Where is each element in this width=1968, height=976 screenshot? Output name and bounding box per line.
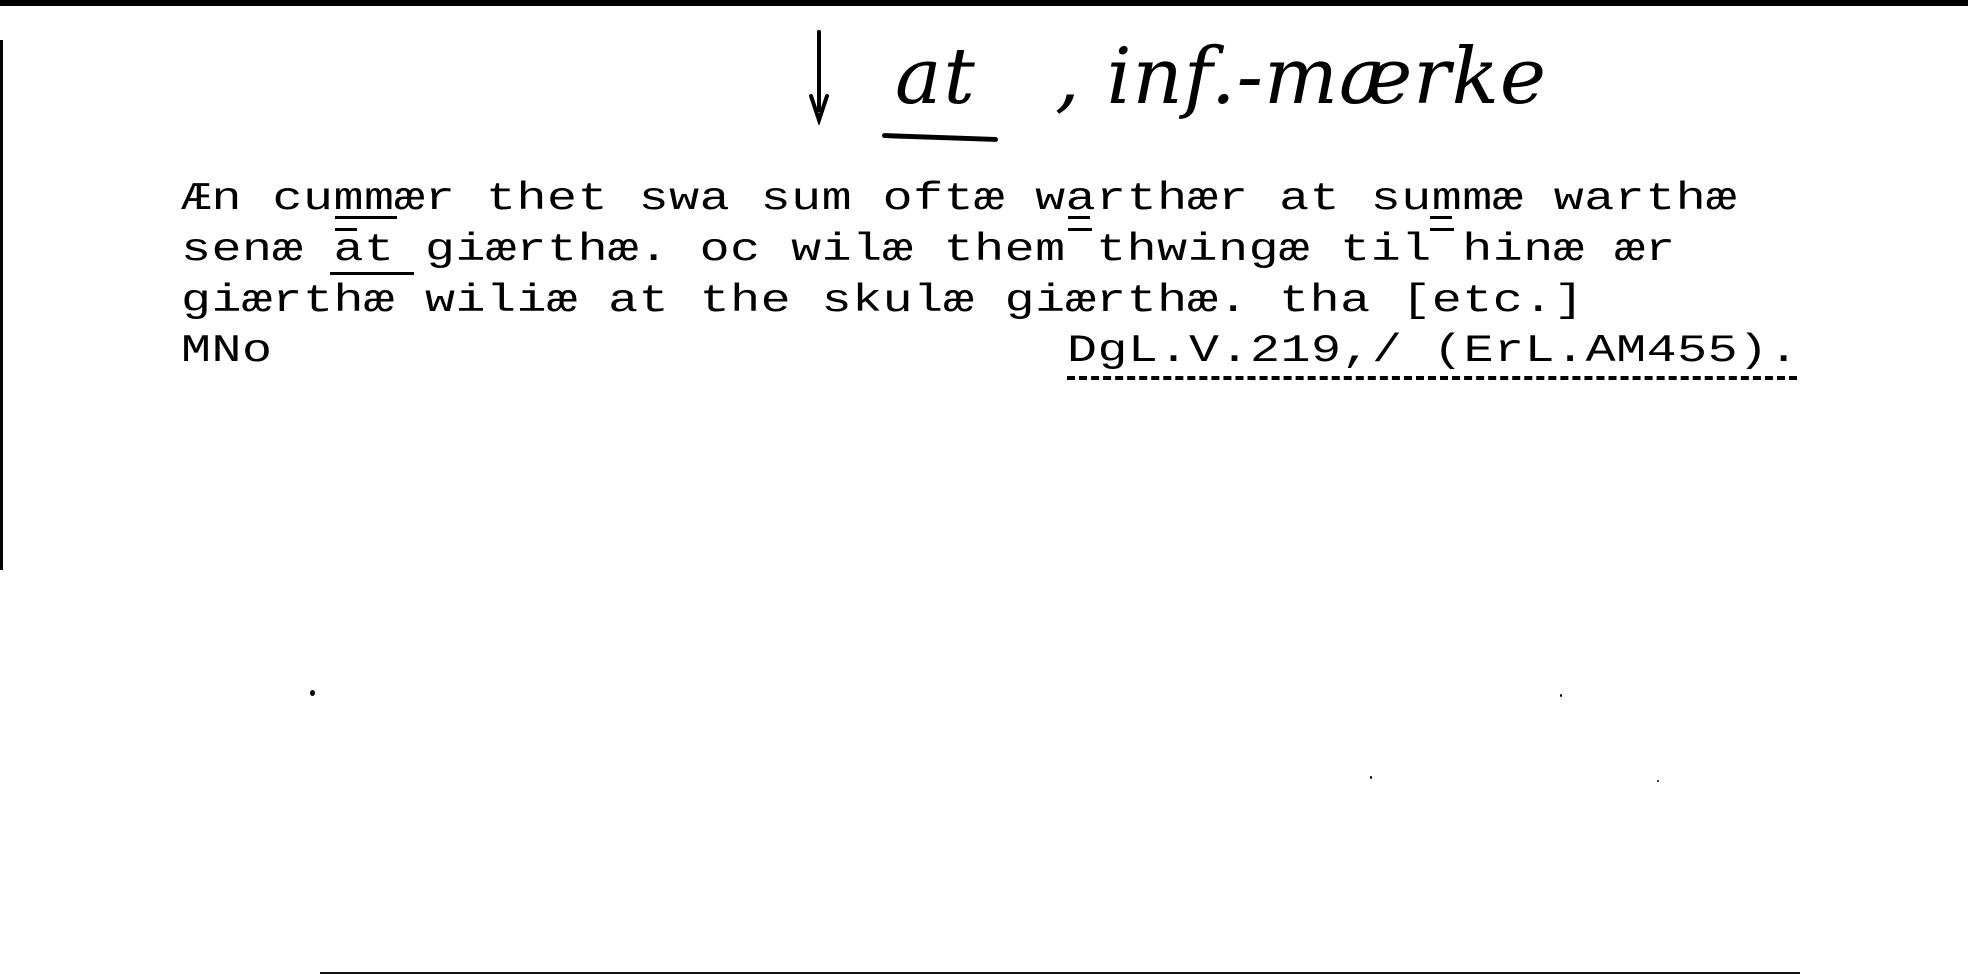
overbar-thwingae <box>1068 228 1092 231</box>
card-left-border <box>0 40 3 570</box>
speck <box>310 690 315 696</box>
speck <box>1657 780 1659 782</box>
underline-cummaer <box>335 216 397 219</box>
citation-line-1: Æn cummær thet swa sum oftæ warthær at s… <box>181 180 1737 219</box>
citation-line-3: giærthæ wiliæ at the skulæ giærthæ. tha … <box>181 282 1584 321</box>
overbar-hinae <box>1430 228 1454 231</box>
citation-line-2: senæ at giærthæ. oc wilæ them thwingæ ti… <box>181 231 1676 270</box>
headword: at <box>895 38 977 116</box>
card-bottom-edge <box>320 972 1800 974</box>
underline-warthaer <box>1068 216 1090 219</box>
headword-gloss: , inf.-mærke <box>1055 38 1547 116</box>
speck <box>1370 776 1372 779</box>
underline-at <box>330 272 414 275</box>
source-reference: DgL.V.219,/ (ErL.AM455). <box>1067 332 1799 371</box>
overbar-at <box>335 228 357 231</box>
down-arrow-icon <box>808 30 830 125</box>
index-card: at , inf.-mærke Æn cummær thet swa sum o… <box>0 0 1968 976</box>
speck <box>1560 694 1562 697</box>
language-label: MNo <box>181 332 273 371</box>
source-reference-underline <box>1067 376 1797 380</box>
underline-summae <box>1430 216 1452 219</box>
headword-underline <box>882 133 998 142</box>
card-top-border <box>0 0 1968 6</box>
